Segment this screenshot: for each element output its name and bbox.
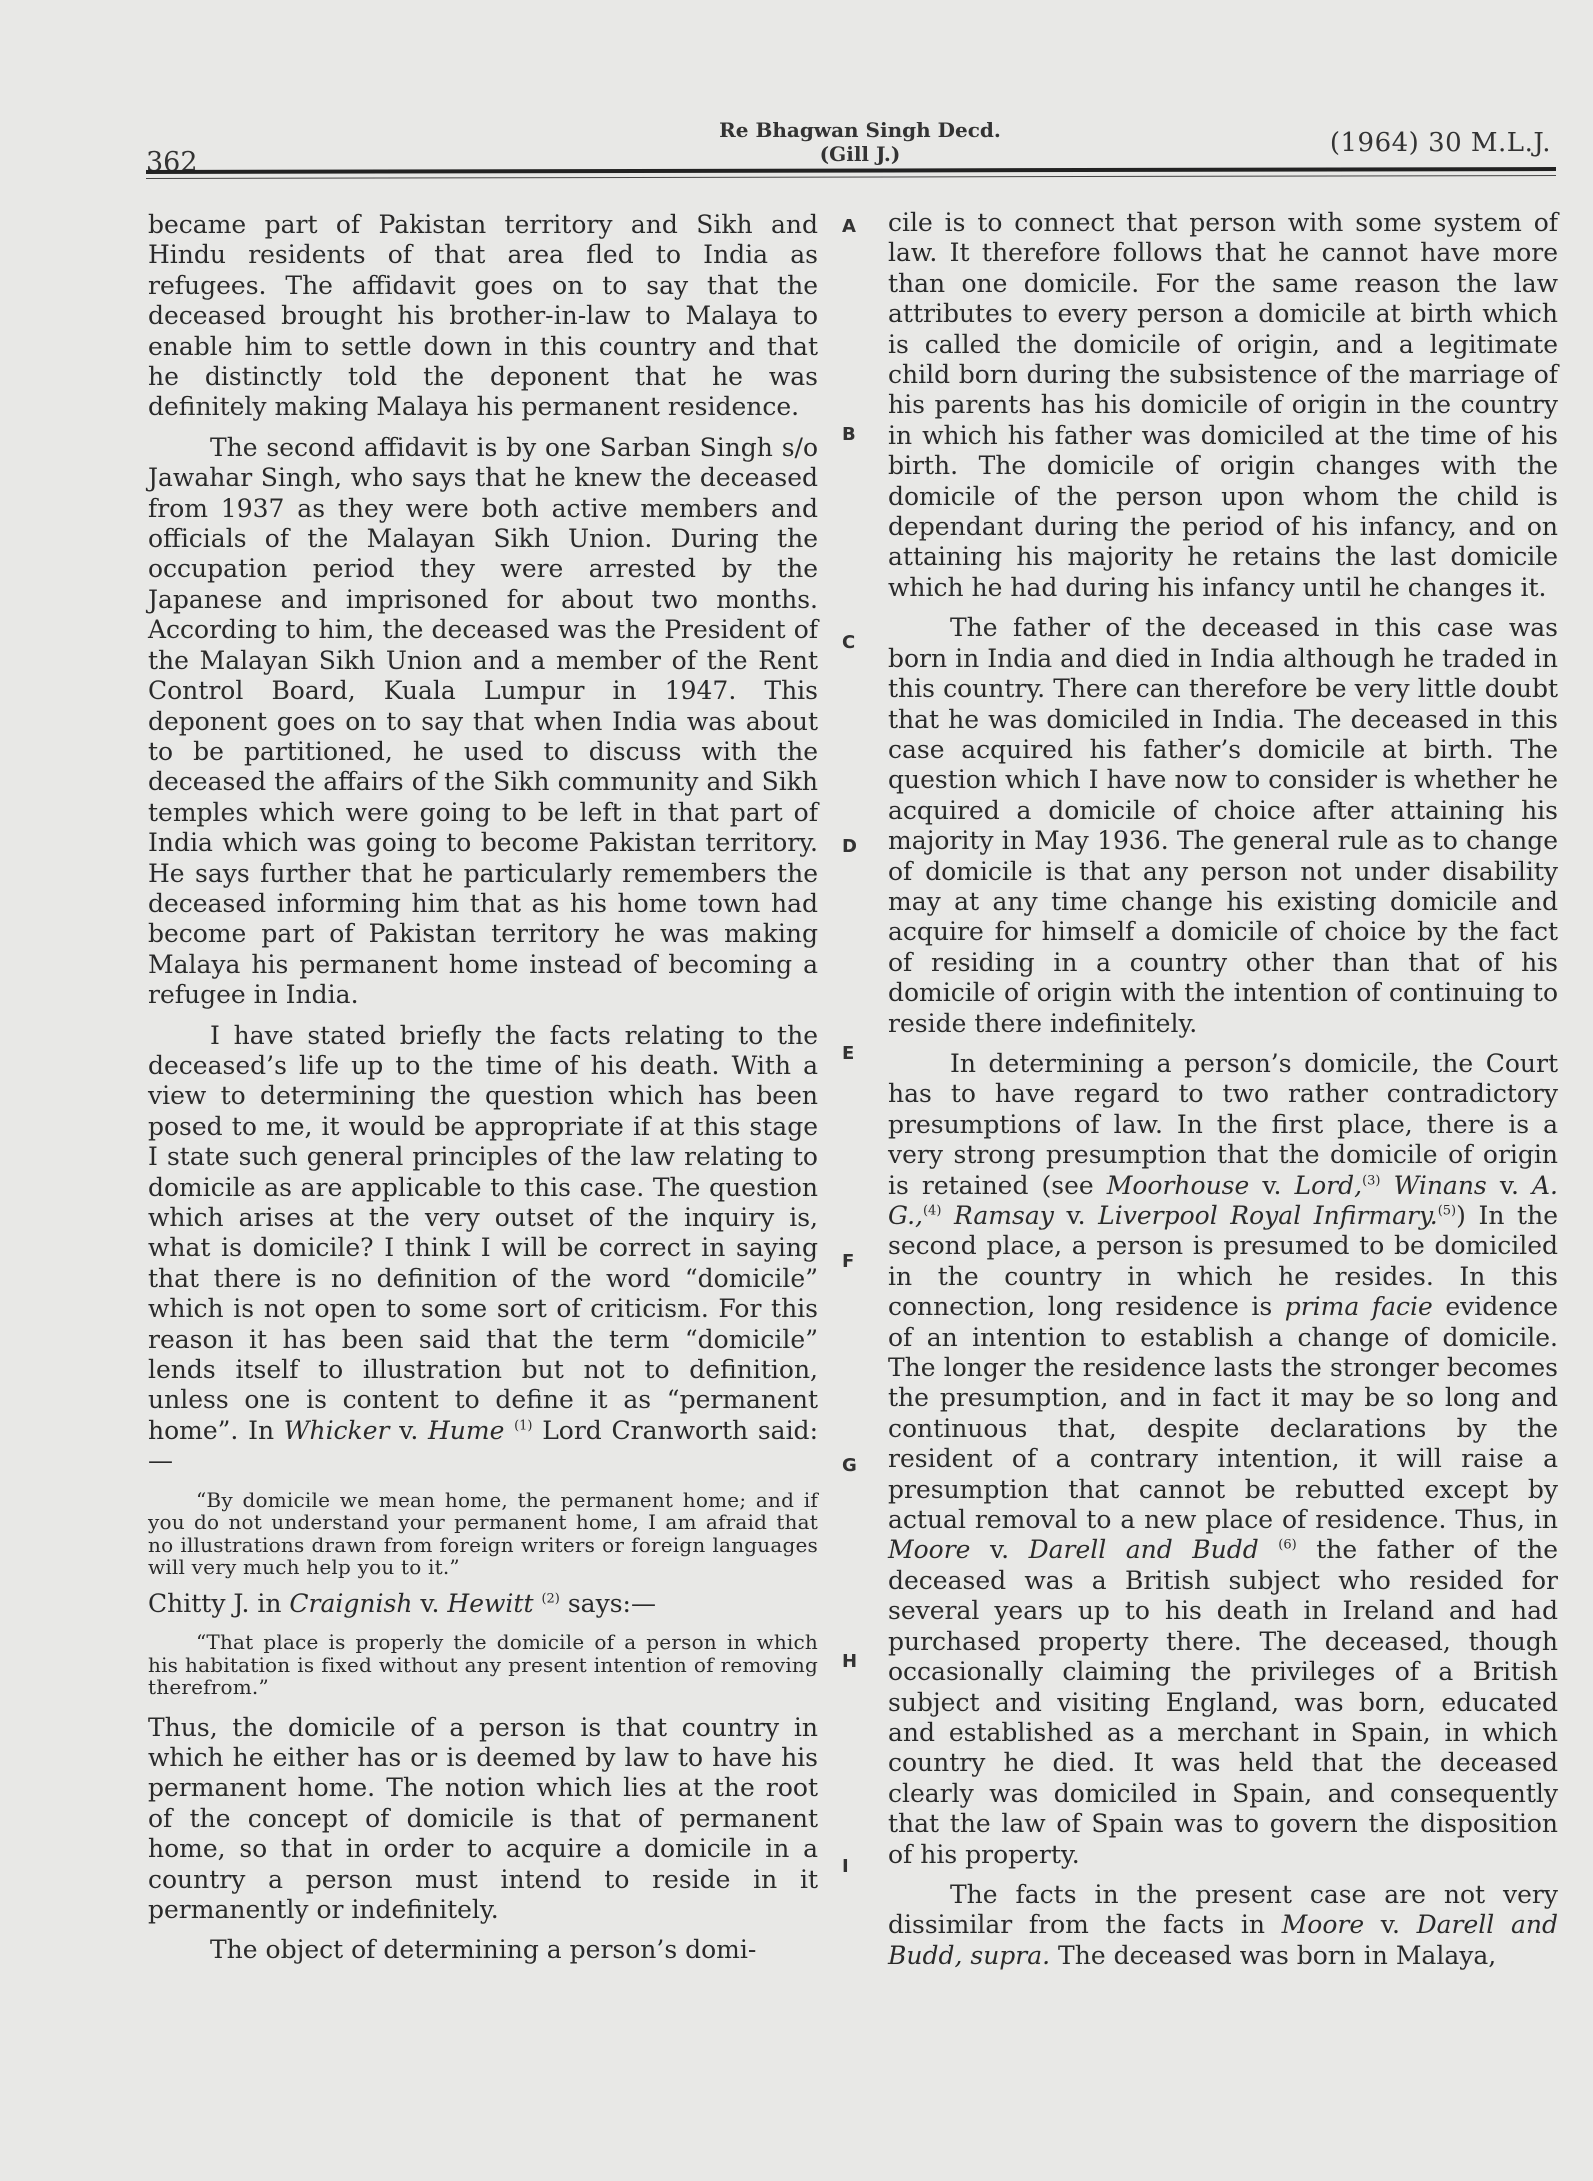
case-name: Darell and Budd <box>1029 1535 1259 1564</box>
journal-citation: (1964) 30 M.L.J. <box>1330 128 1551 158</box>
paragraph: The father of the deceased in this case … <box>888 613 1558 1039</box>
case-name: Moore <box>888 1535 970 1564</box>
block-quote: “By domicile we mean home, the permanent… <box>148 1489 818 1579</box>
margin-letter-f: F <box>842 1251 854 1272</box>
footnote-ref: (5) <box>1438 1204 1456 1219</box>
margin-letter-b: B <box>842 424 856 445</box>
case-title: Re Bhagwan Singh Decd. <box>600 118 1120 142</box>
case-name: Craignish <box>289 1589 412 1618</box>
paragraph: cile is to connect that person with some… <box>888 208 1558 603</box>
paragraph: Thus, the domicile of a person is that c… <box>148 1713 818 1926</box>
margin-letter-h: H <box>842 1651 857 1672</box>
margin-letter-c: C <box>842 632 855 653</box>
case-name: Moore <box>1282 1910 1364 1939</box>
case-name: Lord, <box>1295 1171 1363 1200</box>
latin-phrase: prima facie <box>1285 1292 1433 1321</box>
margin-letter-e: E <box>842 1043 854 1064</box>
footnote-ref: (2) <box>541 1591 559 1606</box>
header-rule-thin <box>146 175 1556 179</box>
paragraph: The second affidavit is by one Sarban Si… <box>148 433 818 1011</box>
block-quote: “That place is properly the domicile of … <box>148 1631 818 1699</box>
paragraph: became part of Pakistan territory and Si… <box>148 210 818 423</box>
margin-letter-g: G <box>842 1455 857 1476</box>
footnote-ref: (6) <box>1278 1538 1296 1553</box>
right-column: cile is to connect that person with some… <box>888 208 1558 1981</box>
margin-letter-i: I <box>842 1856 849 1877</box>
footnote-ref: (4) <box>923 1204 941 1219</box>
margin-letter-a: A <box>842 216 856 237</box>
case-name: Ramsay <box>954 1201 1054 1230</box>
case-name: Hume <box>428 1416 504 1445</box>
running-head: Re Bhagwan Singh Decd. (Gill J.) <box>600 118 1120 166</box>
footnote-ref: (1) <box>514 1419 532 1434</box>
paragraph: The object of determining a person’s dom… <box>148 1935 818 1965</box>
case-name: Liverpool Royal Infirmary. <box>1098 1201 1438 1230</box>
footnote-ref: (3) <box>1362 1173 1380 1188</box>
case-name: Whicker <box>284 1416 390 1445</box>
header-rule-thick <box>146 167 1556 174</box>
case-name: Winans <box>1394 1171 1487 1200</box>
paragraph: The facts in the present case are not ve… <box>888 1880 1558 1971</box>
paragraph: In determining a person’s domicile, the … <box>888 1049 1558 1870</box>
margin-letter-d: D <box>842 836 857 857</box>
judge-name: (Gill J.) <box>600 142 1120 166</box>
paragraph: Chitty J. in Craignish v. Hewitt (2) say… <box>148 1589 818 1619</box>
case-name: Hewitt <box>447 1589 533 1618</box>
left-column: became part of Pakistan territory and Si… <box>148 210 818 1976</box>
case-name: Moorhouse <box>1107 1171 1250 1200</box>
paragraph: I have stated briefly the facts relating… <box>148 1021 818 1477</box>
